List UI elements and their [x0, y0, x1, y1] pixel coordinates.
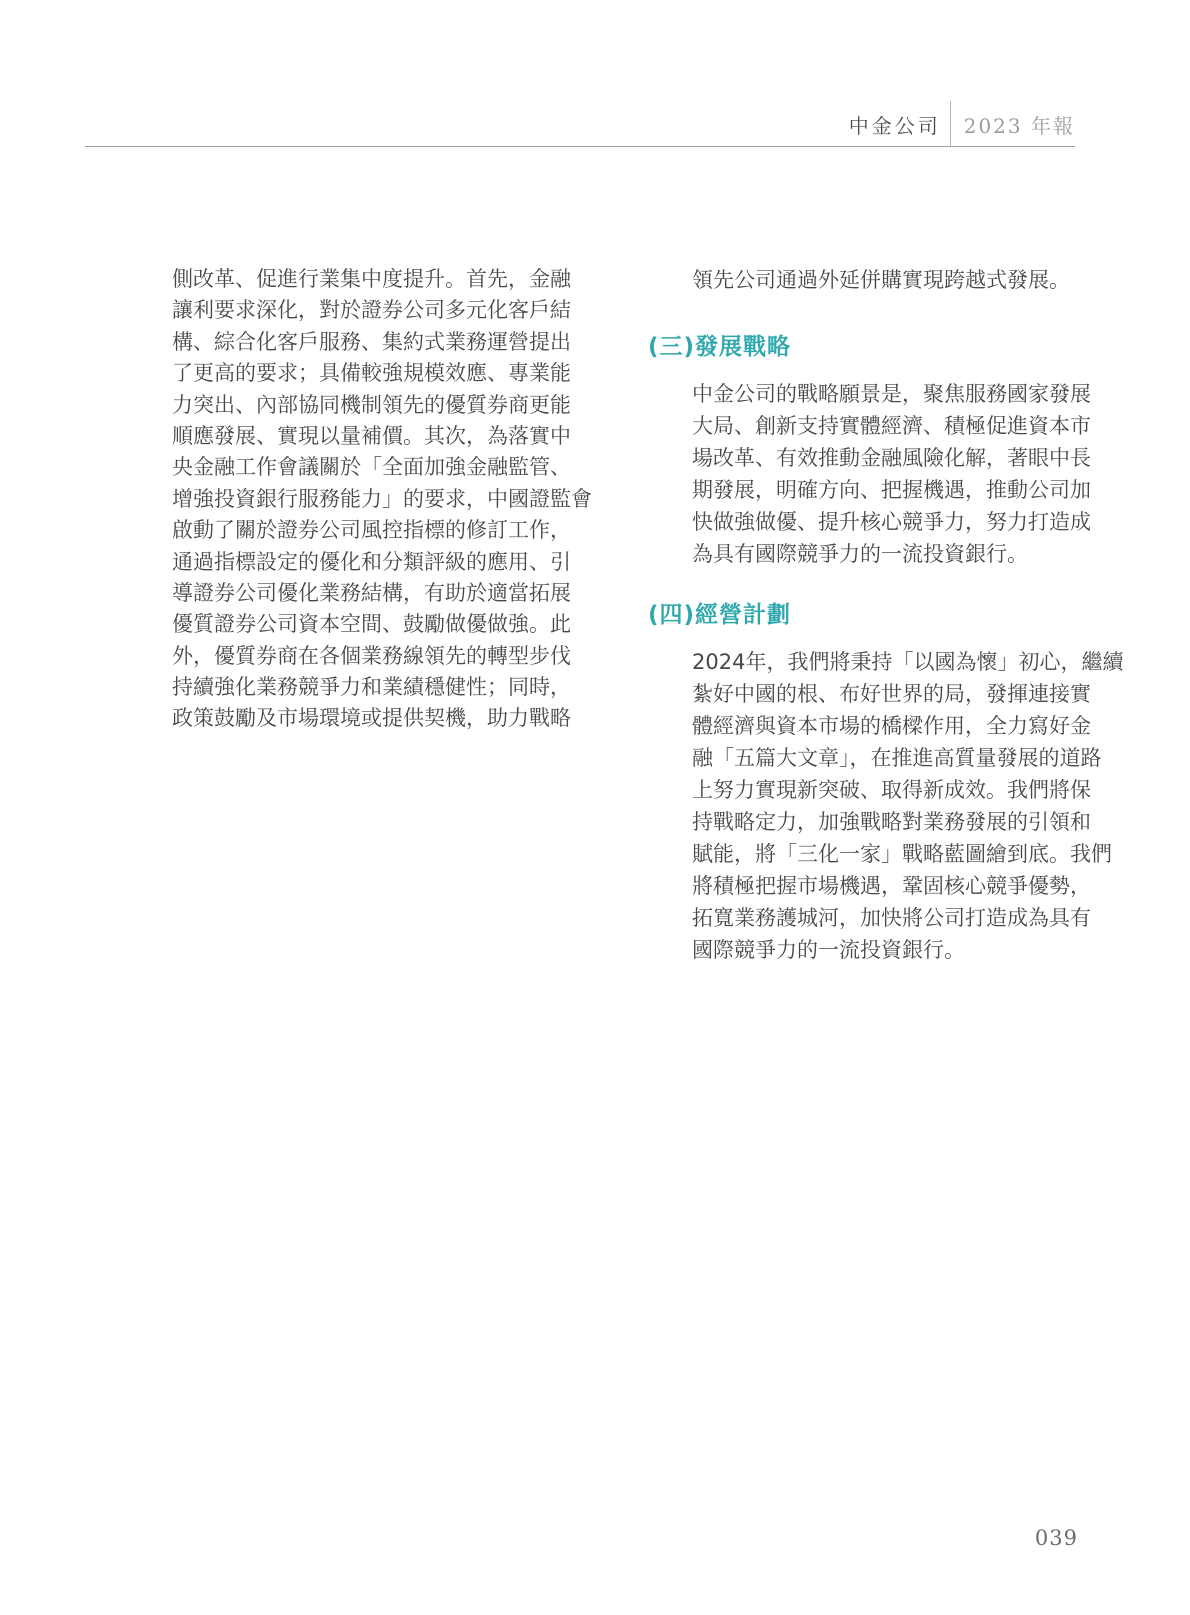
- text-line: 上努力實現新突破、取得新成效。我們將保: [692, 774, 1080, 806]
- header-divider: [950, 101, 951, 147]
- text-line: 體經濟與資本市場的橋樑作用，全力寫好金: [692, 710, 1080, 742]
- text-line: 讓利要求深化，對於證券公司多元化客戶結: [172, 295, 556, 326]
- left-text-column: 側改革、促進行業集中度提升。首先，金融讓利要求深化，對於證券公司多元化客戶結構、…: [172, 264, 556, 735]
- report-year-label: 2023 年報: [964, 110, 1075, 139]
- text-line: 優質證券公司資本空間、鼓勵做優做強。此: [172, 609, 556, 640]
- text-line: 力突出、內部協同機制領先的優質券商更能: [172, 390, 556, 421]
- text-line: 領先公司通過外延併購實現跨越式發展。: [692, 264, 1080, 296]
- annual-report-page: 中金公司 2023 年報 側改革、促進行業集中度提升。首先，金融讓利要求深化，對…: [0, 0, 1190, 1615]
- text-line: 場改革、有效推動金融風險化解，著眼中長: [692, 442, 1080, 474]
- text-line: 大局、創新支持實體經濟、積極促進資本市: [692, 410, 1080, 442]
- page-header: 中金公司 2023 年報: [849, 101, 1075, 147]
- text-line: 2024年，我們將秉持「以國為懷」初心，繼續: [692, 646, 1080, 678]
- text-line: 側改革、促進行業集中度提升。首先，金融: [172, 264, 556, 295]
- business-plan-paragraph: 2024年，我們將秉持「以國為懷」初心，繼續紮好中國的根、布好世界的局，發揮連接…: [692, 646, 1080, 966]
- text-line: 將積極把握市場機遇，鞏固核心競爭優勢，: [692, 870, 1080, 902]
- text-line: 政策鼓勵及市場環境或提供契機，助力戰略: [172, 703, 556, 734]
- text-line: 央金融工作會議關於「全面加強金融監管、: [172, 452, 556, 483]
- intro-paragraph: 領先公司通過外延併購實現跨越式發展。: [692, 264, 1080, 296]
- text-line: 快做強做優、提升核心競爭力，努力打造成: [692, 506, 1080, 538]
- page-number: 039: [1035, 1526, 1078, 1550]
- text-line: 期發展，明確方向、把握機遇，推動公司加: [692, 474, 1080, 506]
- text-line: 啟動了關於證券公司風控指標的修訂工作，: [172, 515, 556, 546]
- development-strategy-paragraph: 中金公司的戰略願景是，聚焦服務國家發展大局、創新支持實體經濟、積極促進資本市場改…: [692, 378, 1080, 570]
- text-line: 構、綜合化客戶服務、集約式業務運營提出: [172, 327, 556, 358]
- header-rule: [85, 146, 1075, 147]
- text-line: 融「五篇大文章」，在推進高質量發展的道路: [692, 742, 1080, 774]
- text-line: 導證券公司優化業務結構，有助於適當拓展: [172, 578, 556, 609]
- section-heading-development-strategy: (三)發展戰略: [648, 330, 1080, 364]
- text-line: 持戰略定力，加強戰略對業務發展的引領和: [692, 806, 1080, 838]
- text-line: 拓寬業務護城河，加快將公司打造成為具有: [692, 902, 1080, 934]
- text-line: 通過指標設定的優化和分類評級的應用、引: [172, 547, 556, 578]
- text-line: 賦能，將「三化一家」戰略藍圖繪到底。我們: [692, 838, 1080, 870]
- text-line: 外，優質券商在各個業務線領先的轉型步伐: [172, 641, 556, 672]
- right-text-column: 領先公司通過外延併購實現跨越式發展。 (三)發展戰略 中金公司的戰略願景是，聚焦…: [648, 264, 1080, 966]
- text-line: 中金公司的戰略願景是，聚焦服務國家發展: [692, 378, 1080, 410]
- text-line: 為具有國際競爭力的一流投資銀行。: [692, 538, 1080, 570]
- text-line: 國際競爭力的一流投資銀行。: [692, 934, 1080, 966]
- company-name: 中金公司: [849, 110, 941, 139]
- text-line: 持續強化業務競爭力和業績穩健性；同時，: [172, 672, 556, 703]
- text-line: 增強投資銀行服務能力」的要求，中國證監會: [172, 484, 556, 515]
- section-heading-business-plan: (四)經營計劃: [648, 598, 1080, 632]
- text-line: 紮好中國的根、布好世界的局，發揮連接實: [692, 678, 1080, 710]
- text-line: 順應發展、實現以量補價。其次，為落實中: [172, 421, 556, 452]
- text-line: 了更高的要求；具備較強規模效應、專業能: [172, 358, 556, 389]
